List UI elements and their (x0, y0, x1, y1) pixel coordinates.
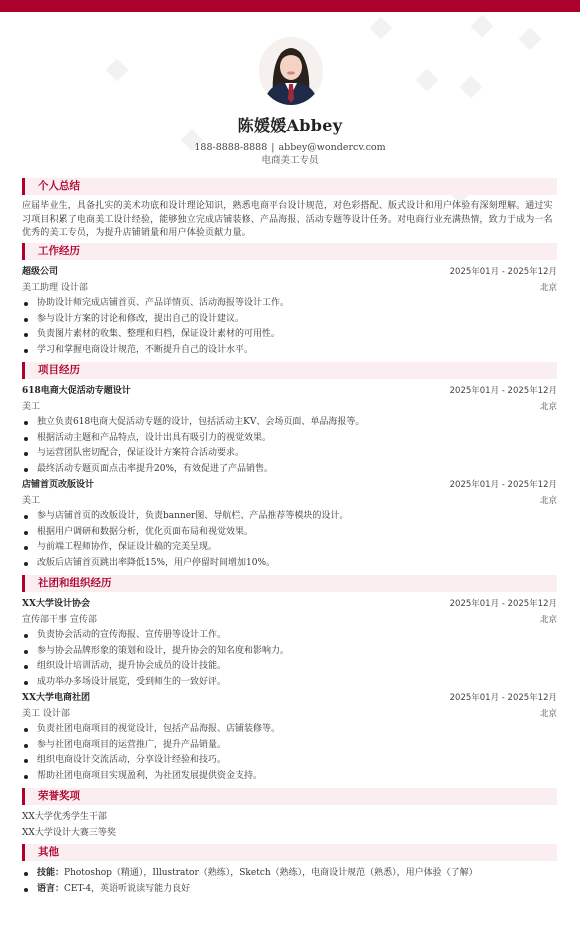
section-header-other: 其他 (22, 844, 557, 861)
bullet-item: 组织电商设计交流活动，分享设计经验和技巧。 (22, 753, 557, 769)
bullet-item: 学习和掌握电商设计规范，不断提升自己的设计水平。 (22, 343, 557, 359)
phone-number: 188-8888-8888 (194, 142, 267, 153)
decor-diamond (471, 15, 494, 38)
bullet-item: 参与设计方案的讨论和修改，提出自己的设计建议。 (22, 312, 557, 328)
section-header-projects: 项目经历 (22, 362, 557, 379)
decor-diamond (519, 28, 542, 51)
club-entry: XX大学电商社团2025年01月 - 2025年12月 美工 设计部北京 负责社… (22, 691, 557, 784)
section-header-clubs: 社团和组织经历 (22, 575, 557, 592)
top-accent-bar (0, 0, 580, 12)
other-list: 技能：Photoshop（精通），Illustrator（熟练），Sketch（… (22, 866, 557, 897)
avatar (259, 37, 323, 105)
bullet-item: 组织设计培训活动，提升协会成员的设计技能。 (22, 659, 557, 675)
entry-org: 店铺首页改版设计 (22, 478, 94, 494)
bullet-item: 参与协会品牌形象的策划和设计，提升协会的知名度和影响力。 (22, 644, 557, 660)
entry-bullets: 协助设计师完成店铺首页、产品详情页、活动海报等设计工作。 参与设计方案的讨论和修… (22, 296, 557, 358)
bullet-item: 根据用户调研和数据分析，优化页面布局和视觉效果。 (22, 525, 557, 541)
entry-org: XX大学设计协会 (22, 597, 90, 613)
bullet-item: 负责图片素材的收集、整理和归档，保证设计素材的可用性。 (22, 327, 557, 343)
contact-separator: | (271, 142, 274, 153)
resume-body: 个人总结 应届毕业生，具备扎实的美术功底和设计理论知识，熟悉电商平台设计规范，对… (22, 178, 557, 898)
bullet-item: 根据活动主题和产品特点，设计出具有吸引力的视觉效果。 (22, 431, 557, 447)
bullet-item: 最终活动专题页面点击率提升20%，有效促进了产品销售。 (22, 462, 557, 478)
email-address[interactable]: abbey@wondercv.com (278, 142, 385, 153)
decor-diamond (106, 59, 129, 82)
bullet-item: 帮助社团电商项目实现盈利，为社团发展提供资金支持。 (22, 769, 557, 785)
entry-org: XX大学电商社团 (22, 691, 90, 707)
language-item: 语言：CET-4，英语听说读写能力良好 (22, 882, 557, 898)
entry-role: 美工助理 设计部 (22, 281, 88, 297)
decor-diamond (370, 17, 393, 40)
section-title: 社团和组织经历 (38, 577, 112, 590)
contact-line: 188-8888-8888|abbey@wondercv.com (0, 141, 580, 154)
entry-bullets: 独立负责618电商大促活动专题的设计，包括活动主KV、会场页面、单品海报等。 根… (22, 415, 557, 477)
section-header-work: 工作经历 (22, 243, 557, 260)
section-header-honors: 荣誉奖项 (22, 788, 557, 805)
project-entry: 618电商大促活动专题设计2025年01月 - 2025年12月 美工北京 独立… (22, 384, 557, 477)
bullet-item: 负责协会活动的宣传海报、宣传册等设计工作。 (22, 628, 557, 644)
honor-item: XX大学设计大赛三等奖 (22, 826, 557, 842)
language-value: CET-4，英语听说读写能力良好 (64, 884, 190, 894)
entry-role: 美工 设计部 (22, 707, 70, 723)
entry-date: 2025年01月 - 2025年12月 (450, 478, 557, 494)
entry-bullets: 负责协会活动的宣传海报、宣传册等设计工作。 参与协会品牌形象的策划和设计，提升协… (22, 628, 557, 690)
entry-date: 2025年01月 - 2025年12月 (450, 597, 557, 613)
bullet-item: 协助设计师完成店铺首页、产品详情页、活动海报等设计工作。 (22, 296, 557, 312)
decor-diamond (416, 69, 439, 92)
bullet-item: 改版后店铺首页跳出率降低15%，用户停留时间增加10%。 (22, 556, 557, 572)
entry-date: 2025年01月 - 2025年12月 (450, 265, 557, 281)
skills-label: 技能： (37, 868, 64, 878)
section-title: 工作经历 (38, 245, 80, 258)
bullet-item: 参与社团电商项目的运营推广，提升产品销量。 (22, 738, 557, 754)
club-entry: XX大学设计协会2025年01月 - 2025年12月 宣传部干事 宣传部北京 … (22, 597, 557, 690)
entry-role: 美工 (22, 494, 40, 510)
entry-bullets: 参与店铺首页的改版设计，负责banner图、导航栏、产品推荐等模块的设计。 根据… (22, 509, 557, 571)
bullet-item: 与前端工程师协作，保证设计稿的完美呈现。 (22, 540, 557, 556)
section-title: 个人总结 (38, 180, 80, 193)
entry-location: 北京 (540, 400, 557, 416)
entry-location: 北京 (540, 281, 557, 297)
portrait-photo (259, 37, 323, 105)
entry-location: 北京 (540, 494, 557, 510)
bullet-item: 负责社团电商项目的视觉设计，包括产品海报、店铺装修等。 (22, 722, 557, 738)
bullet-item: 与运营团队密切配合，保证设计方案符合活动要求。 (22, 446, 557, 462)
entry-role: 美工 (22, 400, 40, 416)
bullet-item: 参与店铺首页的改版设计，负责banner图、导航栏、产品推荐等模块的设计。 (22, 509, 557, 525)
entry-org: 618电商大促活动专题设计 (22, 384, 131, 400)
entry-location: 北京 (540, 613, 557, 629)
section-title: 项目经历 (38, 364, 80, 377)
summary-text: 应届毕业生，具备扎实的美术功底和设计理论知识，熟悉电商平台设计规范，对色彩搭配、… (22, 200, 557, 241)
language-label: 语言： (37, 884, 64, 894)
honor-item: XX大学优秀学生干部 (22, 810, 557, 826)
resume-header: 陈媛媛Abbey 188-8888-8888|abbey@wondercv.co… (0, 115, 580, 167)
skills-value: Photoshop（精通），Illustrator（熟练），Sketch（熟练）… (64, 868, 478, 878)
section-title: 其他 (38, 846, 59, 859)
entry-org: 超级公司 (22, 265, 58, 281)
entry-date: 2025年01月 - 2025年12月 (450, 691, 557, 707)
candidate-name: 陈媛媛Abbey (0, 115, 580, 137)
entry-date: 2025年01月 - 2025年12月 (450, 384, 557, 400)
entry-role: 宣传部干事 宣传部 (22, 613, 97, 629)
entry-bullets: 负责社团电商项目的视觉设计，包括产品海报、店铺装修等。 参与社团电商项目的运营推… (22, 722, 557, 784)
skills-item: 技能：Photoshop（精通），Illustrator（熟练），Sketch（… (22, 866, 557, 882)
bullet-item: 独立负责618电商大促活动专题的设计，包括活动主KV、会场页面、单品海报等。 (22, 415, 557, 431)
work-entry: 超级公司2025年01月 - 2025年12月 美工助理 设计部北京 协助设计师… (22, 265, 557, 358)
project-entry: 店铺首页改版设计2025年01月 - 2025年12月 美工北京 参与店铺首页的… (22, 478, 557, 571)
decor-diamond (460, 76, 483, 99)
entry-location: 北京 (540, 707, 557, 723)
job-title: 电商美工专员 (0, 154, 580, 167)
bullet-item: 成功举办多场设计展览，受到师生的一致好评。 (22, 675, 557, 691)
section-title: 荣誉奖项 (38, 790, 80, 803)
section-header-summary: 个人总结 (22, 178, 557, 195)
